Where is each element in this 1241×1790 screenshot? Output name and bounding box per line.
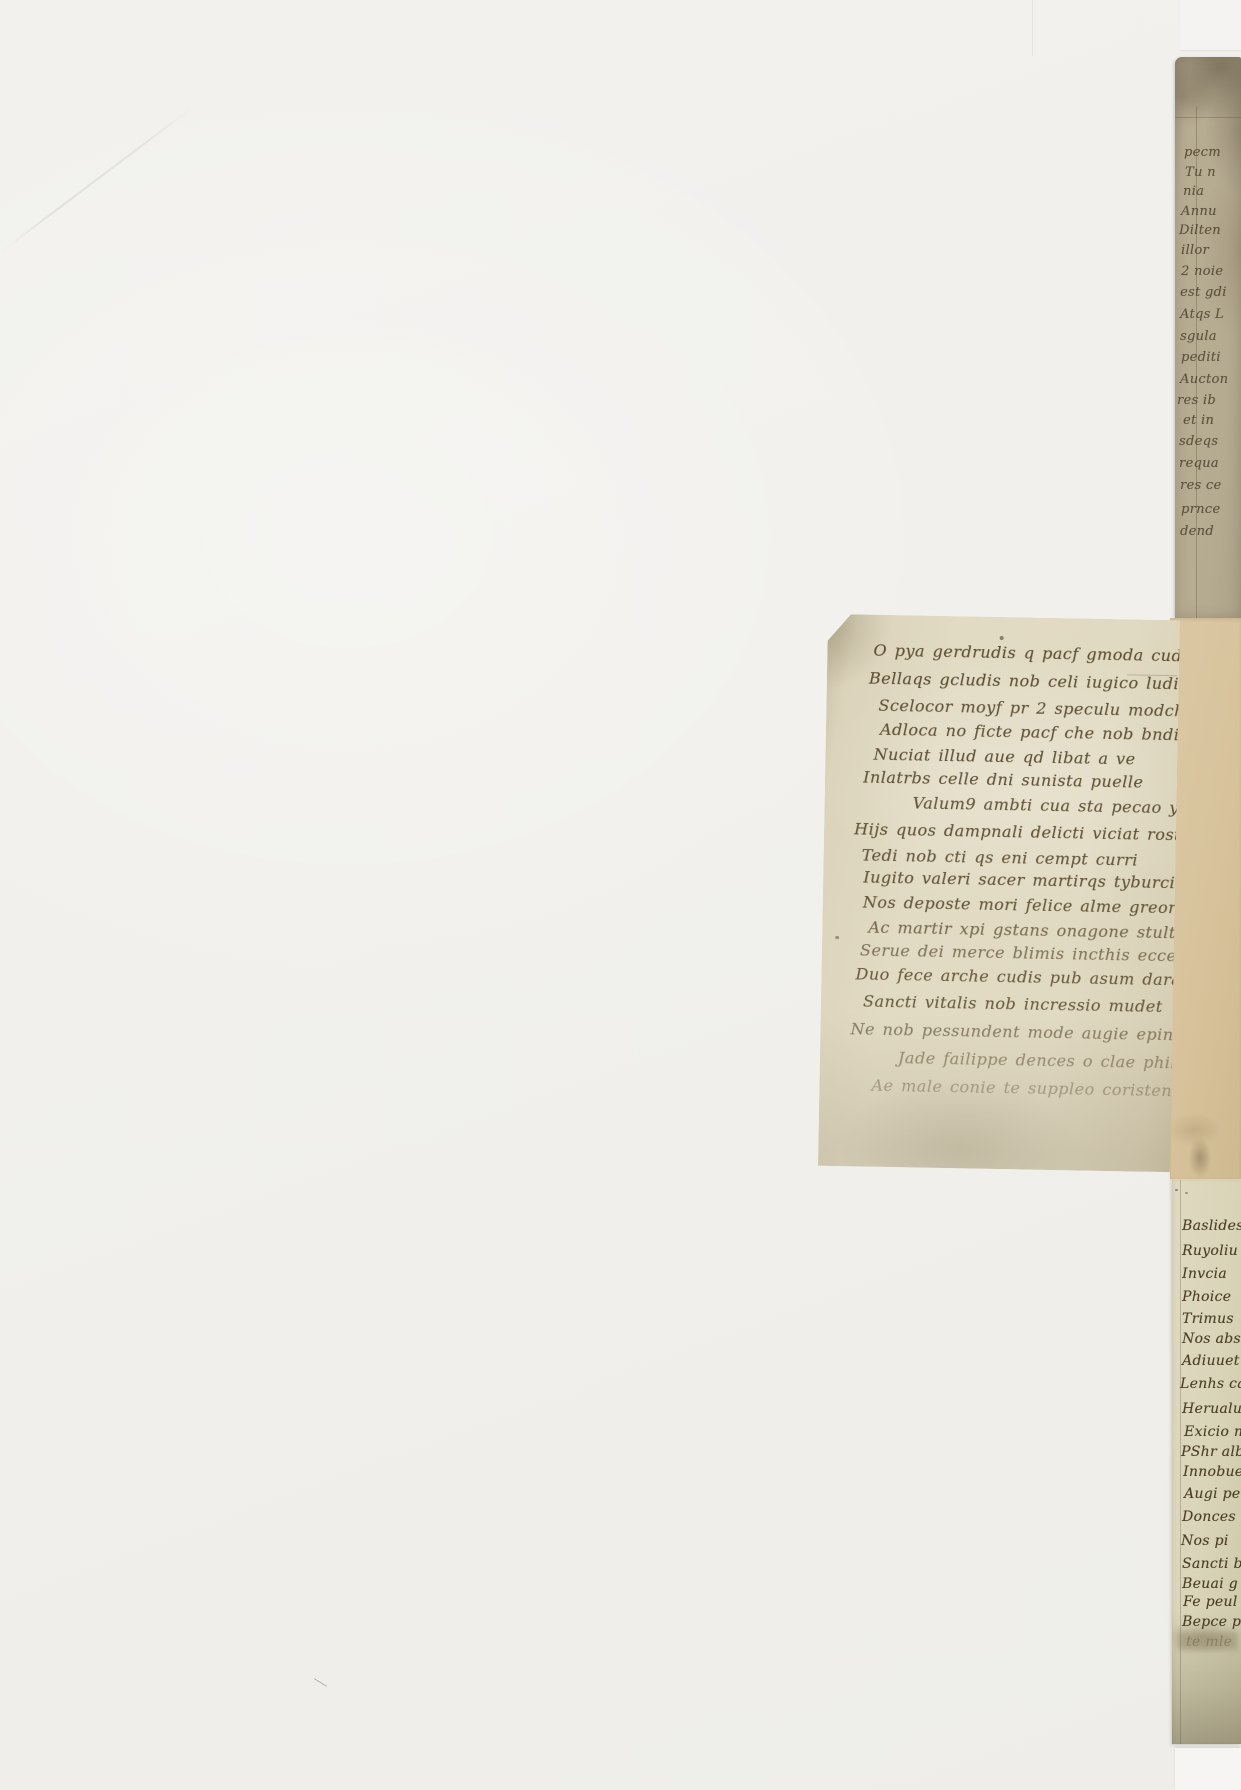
parchment-fragment-central: O pya gerdrudis q pacf gmoda cudisBellaq…	[818, 614, 1180, 1172]
manuscript-line: Dilten	[1179, 223, 1221, 238]
paper-crease	[1, 107, 192, 252]
parchment-strip-bottom-right: BaslidesRuyoliuInvciaPhoiceTrimusNos abs…	[1172, 1180, 1241, 1744]
paper-scratch	[314, 1678, 327, 1687]
manuscript-line: Annu	[1181, 204, 1217, 219]
manuscript-line: Ae male conie te suppleo coristeno	[871, 1076, 1182, 1101]
manuscript-scan-background: pecmTu nniaAnnuDiltenillor2 noieest gdiA…	[0, 0, 1241, 1790]
manuscript-line: Hijs quos dampnali delicti viciat rost	[854, 819, 1181, 844]
ink-speck	[835, 936, 839, 939]
manuscript-line: dend	[1180, 524, 1214, 539]
manuscript-line: sgula	[1180, 329, 1217, 344]
manuscript-line: pecm	[1184, 145, 1221, 160]
tan-backing-sheet	[1170, 618, 1241, 1179]
manuscript-line: Adiuuet	[1182, 1353, 1240, 1369]
manuscript-line: Ne nob pessundent mode augie epinat	[850, 1019, 1190, 1044]
manuscript-line: Atqs L	[1180, 307, 1224, 322]
manuscript-line: Innobue	[1183, 1464, 1241, 1480]
manuscript-line: Ruyoliu	[1182, 1243, 1238, 1259]
manuscript-line: Donces	[1182, 1509, 1236, 1525]
manuscript-line: sdeqs	[1179, 434, 1218, 449]
manuscript-line: Exicio n	[1184, 1424, 1241, 1440]
manuscript-line: Iugito valeri sacer martirqs tyburci	[863, 868, 1175, 893]
manuscript-line: Jade failippe dences o clae philipp	[898, 1048, 1203, 1073]
manuscript-line: Tedi nob cti qs eni cempt curri	[861, 845, 1138, 869]
manuscript-line: Augi pe	[1184, 1486, 1240, 1502]
manuscript-line: res ce	[1180, 478, 1222, 493]
mounting-sheet-edge-top	[1180, 0, 1241, 50]
mounting-sheet-corner-bottom	[1175, 1748, 1241, 1790]
manuscript-line: Duo fece arche cudis pub asum dara	[855, 964, 1181, 989]
ink-speck	[1185, 1192, 1188, 1194]
manuscript-line: O pya gerdrudis q pacf gmoda cudis	[873, 641, 1196, 666]
manuscript-line: illor	[1181, 243, 1209, 258]
manuscript-line: Sancti vitalis nob incressio mudet	[863, 992, 1163, 1016]
manuscript-line: est gdi	[1180, 285, 1227, 300]
manuscript-line: et in	[1183, 413, 1214, 428]
manuscript-line: Invcia	[1182, 1266, 1227, 1282]
ruling-line-horizontal	[1175, 117, 1241, 118]
manuscript-line: 2 noie	[1181, 264, 1223, 279]
manuscript-line: Adloca no ficte pacf che nob bndicte	[880, 720, 1206, 745]
ink-speck	[1175, 1189, 1178, 1191]
manuscript-line: Serue dei merce blimis incthis ecce	[860, 940, 1177, 965]
manuscript-line: Inlatrbs celle dni sunista puelle	[863, 767, 1144, 791]
manuscript-line: Bellaqs gcludis nob celi iugico ludis	[869, 669, 1188, 694]
manuscript-line: requa	[1179, 456, 1219, 471]
parchment-strip-top-right: pecmTu nniaAnnuDiltenillor2 noieest gdiA…	[1175, 57, 1241, 618]
manuscript-line: Fe peul	[1183, 1594, 1238, 1610]
manuscript-line: Scelocor moyf pr 2 speculu modchoy	[878, 696, 1205, 721]
manuscript-line: te mle	[1186, 1634, 1232, 1650]
manuscript-line: Tu n	[1185, 165, 1216, 180]
manuscript-line: Baslides	[1182, 1218, 1241, 1234]
manuscript-line: Valum9 ambti cua sta pecao ysit	[912, 793, 1200, 817]
manuscript-line: Lenhs ca	[1180, 1376, 1241, 1392]
manuscript-line: Nos pi	[1181, 1533, 1229, 1549]
manuscript-line: Aucton	[1180, 372, 1228, 387]
manuscript-line: Phoice	[1182, 1289, 1231, 1305]
ink-speck	[1000, 636, 1004, 640]
mounting-sheet-edge-line	[1032, 0, 1033, 56]
manuscript-line: prnce	[1181, 502, 1220, 517]
manuscript-line: Nos absol	[1182, 1331, 1241, 1347]
manuscript-line: Ac martir xpi gstans onagone stulti	[868, 918, 1181, 943]
manuscript-line: Sancti b	[1182, 1556, 1241, 1572]
manuscript-line: nia	[1183, 184, 1204, 199]
manuscript-line: Bepce pe	[1182, 1614, 1241, 1630]
manuscript-line: pediti	[1181, 350, 1221, 365]
manuscript-line: PShr alb	[1181, 1444, 1241, 1460]
manuscript-line: Nuciat illud aue qd libat a ve	[873, 745, 1135, 769]
manuscript-line: Nos deposte mori felice alme greori	[863, 893, 1182, 918]
manuscript-line: res ib	[1177, 393, 1216, 408]
manuscript-line: Trimus	[1182, 1311, 1234, 1327]
manuscript-line: Herualu	[1182, 1401, 1241, 1417]
ruling-line-vertical	[1180, 1180, 1181, 1744]
manuscript-line: Beuai g	[1182, 1576, 1238, 1592]
